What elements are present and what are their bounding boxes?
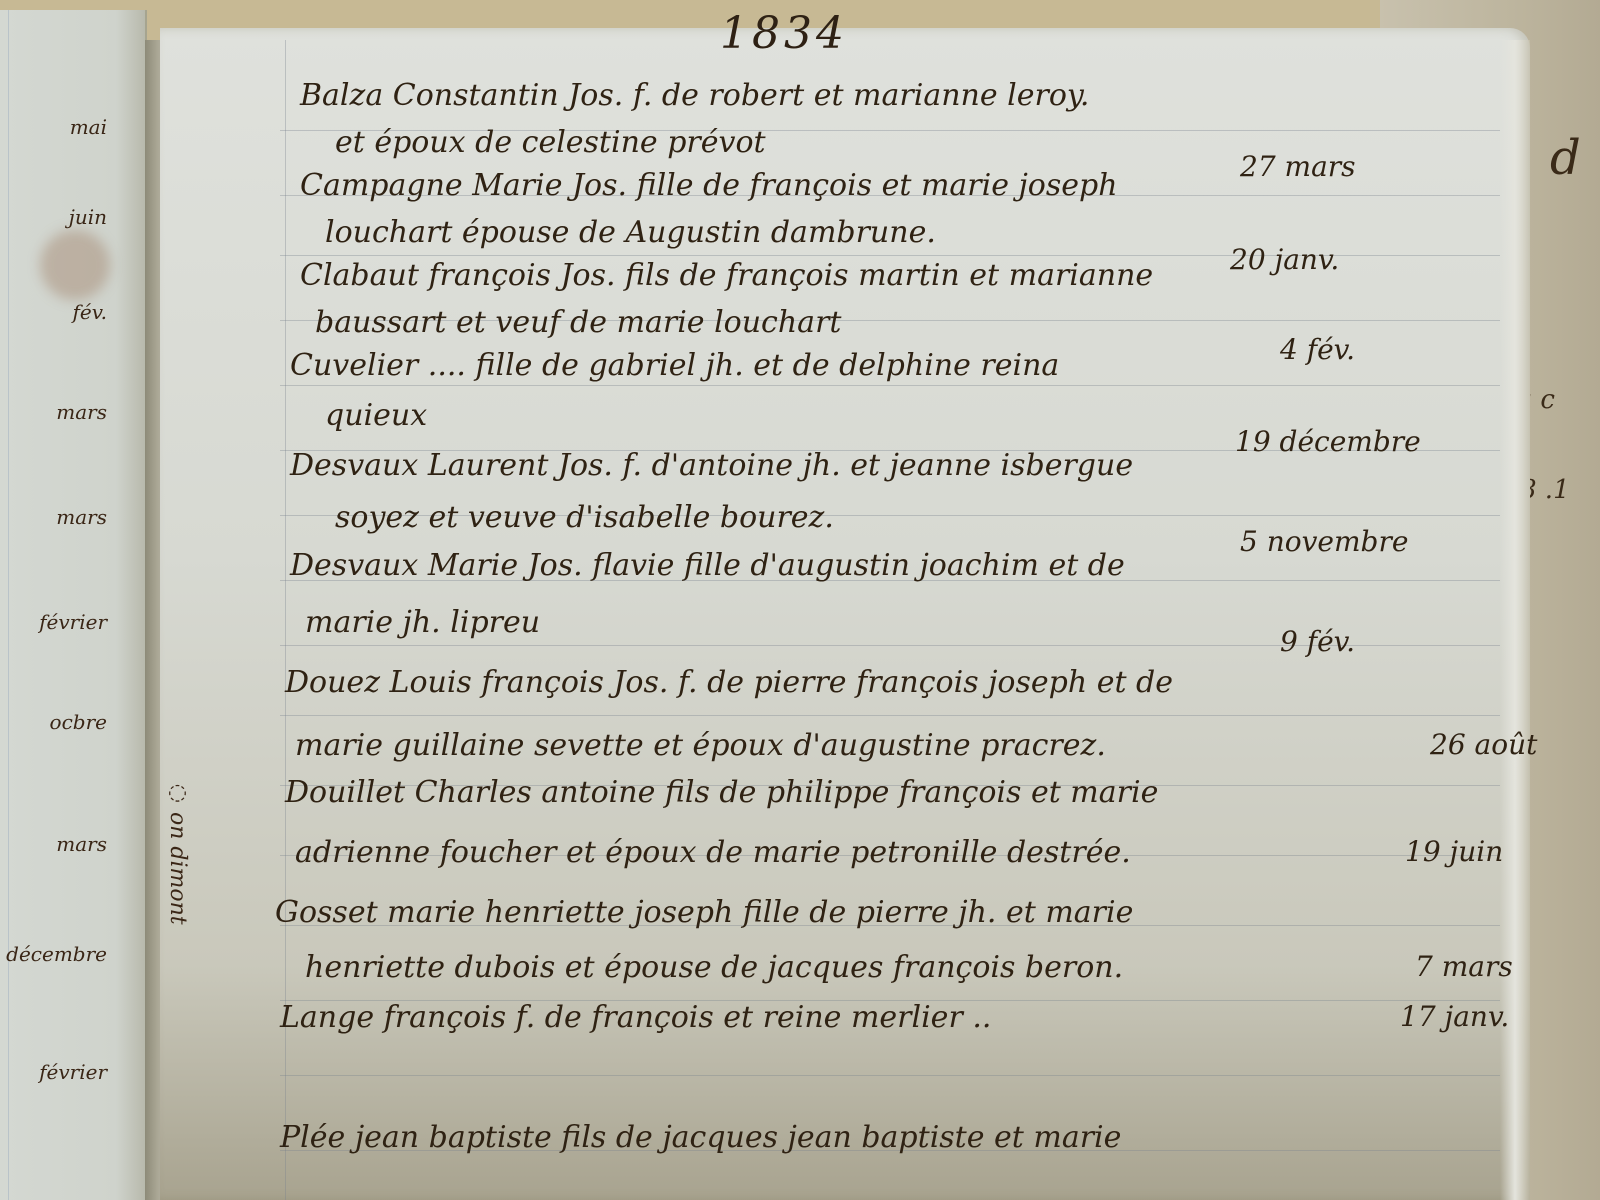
entry-date: 5 novembre bbox=[1240, 525, 1408, 558]
left-page: mai juin fév. mars mars février ocbre ma… bbox=[0, 10, 147, 1200]
left-page-margin-rule bbox=[8, 10, 9, 1200]
entry-line: Balza Constantin Jos. f. de robert et ma… bbox=[300, 78, 1089, 113]
entry-line: Plée jean baptiste fils de jacques jean … bbox=[280, 1120, 1121, 1155]
left-margin-month: mars bbox=[56, 400, 107, 424]
entry-line: Desvaux Marie Jos. flavie fille d'august… bbox=[290, 548, 1125, 583]
entry-line: Desvaux Laurent Jos. f. d'antoine jh. et… bbox=[290, 448, 1133, 483]
entry-line: marie jh. lipreu bbox=[305, 605, 540, 640]
entry-line: Campagne Marie Jos. fille de françois et… bbox=[300, 168, 1118, 203]
entry-line: Douez Louis françois Jos. f. de pierre f… bbox=[285, 665, 1173, 700]
left-margin-month: décembre bbox=[6, 942, 107, 966]
entry-line: Gosset marie henriette joseph fille de p… bbox=[275, 895, 1133, 930]
ruled-line bbox=[280, 1075, 1500, 1076]
entry-line: marie guillaine sevette et époux d'augus… bbox=[295, 728, 1106, 763]
entry-line: henriette dubois et épouse de jacques fr… bbox=[305, 950, 1123, 985]
entry-line: Douillet Charles antoine fils de philipp… bbox=[285, 775, 1158, 810]
bg-fragment: d bbox=[1550, 130, 1581, 186]
entry-line: quieux bbox=[325, 398, 427, 433]
entry-line: baussart et veuf de marie louchart bbox=[315, 305, 841, 340]
entry-date: 26 août bbox=[1430, 728, 1537, 761]
left-margin-month: fév. bbox=[72, 300, 107, 324]
entry-date: 20 janv. bbox=[1230, 243, 1339, 276]
ruled-line bbox=[280, 715, 1500, 716]
left-margin-month: mars bbox=[56, 505, 107, 529]
left-margin-month: ocbre bbox=[50, 710, 107, 734]
ruled-line bbox=[280, 385, 1500, 386]
entry-line: Lange françois f. de françois et reine m… bbox=[280, 1000, 991, 1035]
entry-date: 4 fév. bbox=[1280, 333, 1355, 366]
entry-date: 7 mars bbox=[1415, 950, 1513, 983]
entry-date: 19 juin bbox=[1405, 835, 1503, 868]
entry-date: 9 fév. bbox=[1280, 625, 1355, 658]
left-margin-month: mai bbox=[70, 115, 107, 139]
entry-line: soyez et veuve d'isabelle bourez. bbox=[335, 500, 834, 535]
entry-date: 19 décembre bbox=[1235, 425, 1421, 458]
entry-line: Clabaut françois Jos. fils de françois m… bbox=[300, 258, 1153, 293]
entry-line: louchart épouse de Augustin dambrune. bbox=[325, 215, 936, 250]
register-year: 1834 bbox=[720, 8, 848, 59]
left-margin-month: février bbox=[39, 1060, 107, 1084]
entry-line: Cuvelier .... fille de gabriel jh. et de… bbox=[290, 348, 1059, 383]
left-margin-month: mars bbox=[56, 832, 107, 856]
entry-line: et époux de celestine prévot bbox=[335, 125, 766, 160]
entry-date: 17 janv. bbox=[1400, 1000, 1509, 1033]
entry-date: 27 mars bbox=[1240, 150, 1356, 183]
gutter-margin-note: ◌ on dimont bbox=[150, 780, 190, 1200]
left-margin-month: juin bbox=[69, 205, 107, 229]
left-margin-month: février bbox=[39, 610, 107, 634]
ink-stain bbox=[40, 230, 110, 300]
entry-line: adrienne foucher et époux de marie petro… bbox=[295, 835, 1131, 870]
